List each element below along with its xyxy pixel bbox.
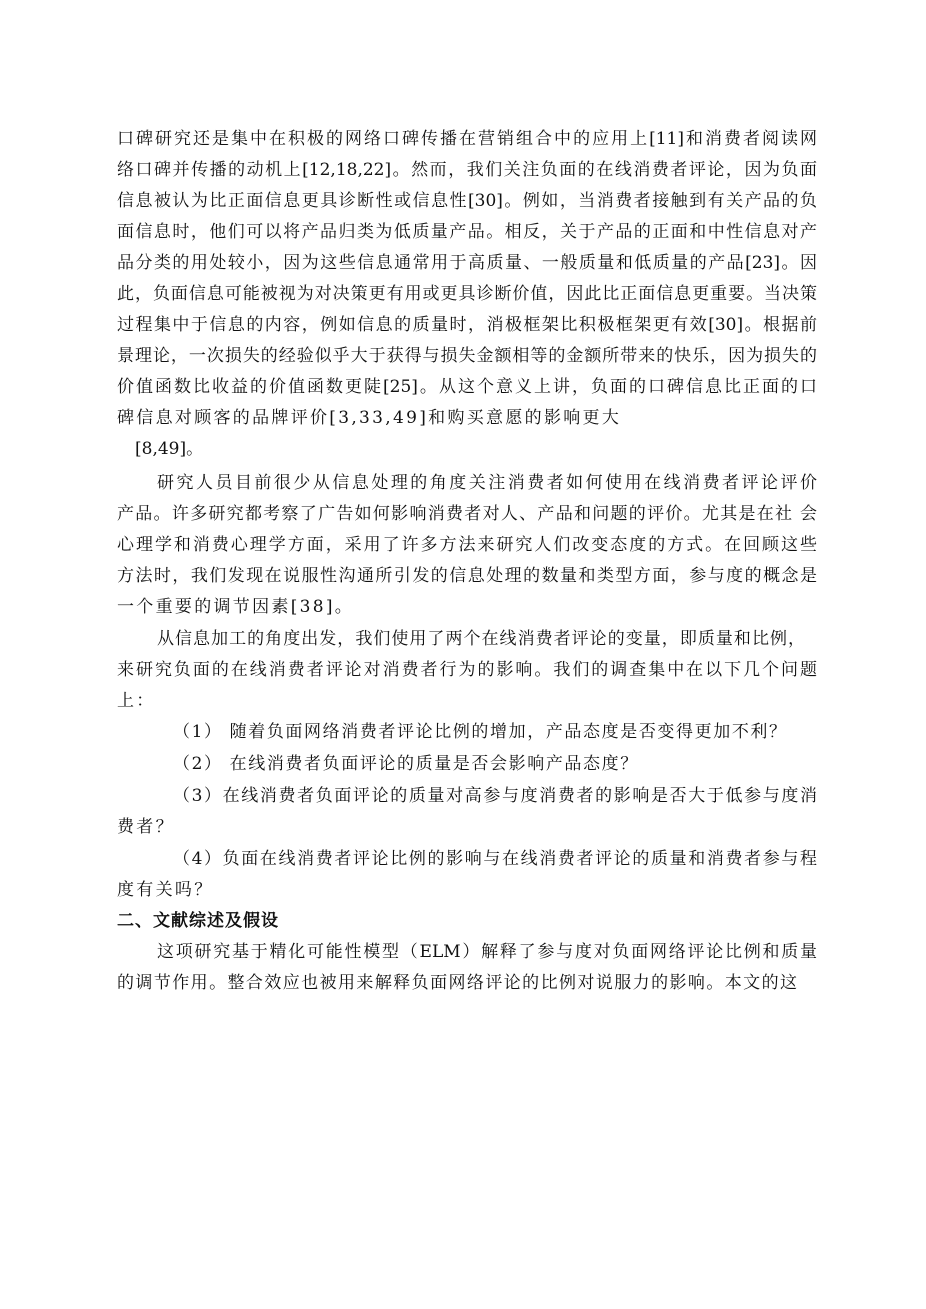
- paragraph-1-line: 络口碑并传播的动机上[12,18,22]。然而，我们关注负面的在线消费者评论，因…: [117, 158, 817, 182]
- section-paragraph-line: 这项研究基于精化可能性模型（ELM）解释了参与度对负面网络评论比例和质量: [157, 940, 817, 964]
- paragraph-1-line: 过程集中于信息的内容，例如信息的质量时，消极框架比积极框架更有效[30]。根据前: [117, 313, 817, 337]
- paragraph-1-line: 面信息时，他们可以将产品归类为低质量产品。相反，关于产品的正面和中性信息对产: [117, 220, 817, 244]
- question-4-continuation: 度有关吗？: [117, 878, 214, 902]
- paragraph-3-line: 上：: [117, 689, 156, 713]
- paragraph-2-line: 方法时，我们发现在说服性沟通所引发的信息处理的数量和类型方面，参与度的概念是: [117, 564, 817, 588]
- paragraph-1-line: 信息被认为比正面信息更具诊断性或信息性[30]。例如，当消费者接触到有关产品的负: [117, 189, 817, 213]
- section-paragraph-line: 的调节作用。整合效应也被用来解释负面网络评论的比例对说服力的影响。本文的这: [117, 971, 797, 995]
- question-3-continuation: 费者？: [117, 815, 175, 839]
- question-4: （4）负面在线消费者评论比例的影响与在线消费者评论的质量和消费者参与程: [173, 847, 817, 871]
- paragraph-3-line: 来研究负面的在线消费者评论对消费者行为的影响。我们的调查集中在以下几个问题: [117, 658, 817, 682]
- question-3: （3）在线消费者负面评论的质量对高参与度消费者的影响是否大于低参与度消: [173, 784, 817, 808]
- paragraph-2-line: 研究人员目前很少从信息处理的角度关注消费者如何使用在线消费者评论评价: [157, 471, 817, 495]
- section-heading: 二、文献综述及假设: [117, 909, 279, 933]
- paragraph-1-line: 景理论，一次损失的经验似乎大于获得与损失金额相等的金额所带来的快乐，因为损失的: [117, 344, 817, 368]
- paragraph-3-line: 从信息加工的角度出发，我们使用了两个在线消费者评论的变量，即质量和比例，: [157, 627, 805, 651]
- question-2: （2） 在线消费者负面评论的质量是否会影响产品态度？: [173, 752, 639, 776]
- question-1: （1） 随着负面网络消费者评论比例的增加，产品态度是否变得更加不利？: [173, 720, 788, 744]
- paragraph-2-line: 心理学和消费心理学方面，采用了许多方法来研究人们改变态度的方式。在回顾这些: [117, 533, 817, 557]
- paragraph-2-line: 一个重要的调节因素[38]。: [117, 595, 354, 619]
- paragraph-1-citation-line: [8,49]。: [135, 437, 203, 461]
- paragraph-2-line: 产品。许多研究都考察了广告如何影响消费者对人、产品和问题的评价。尤其是在社 会: [117, 502, 817, 526]
- paragraph-1-line: 品分类的用处较小，因为这些信息通常用于高质量、一般质量和低质量的产品[23]。因: [117, 251, 817, 275]
- paragraph-1-line: 此，负面信息可能被视为对决策更有用或更具诊断价值，因此比正面信息更重要。当决策: [117, 282, 817, 306]
- paragraph-1-line: 口碑研究还是集中在积极的网络口碑传播在营销组合中的应用上[11]和消费者阅读网: [117, 127, 817, 151]
- paragraph-1-line: 碑信息对顾客的品牌评价[3,33,49]和购买意愿的影响更大: [117, 406, 621, 430]
- paragraph-1-line: 价值函数比收益的价值函数更陡[25]。从这个意义上讲，负面的口碑信息比正面的口: [117, 375, 817, 399]
